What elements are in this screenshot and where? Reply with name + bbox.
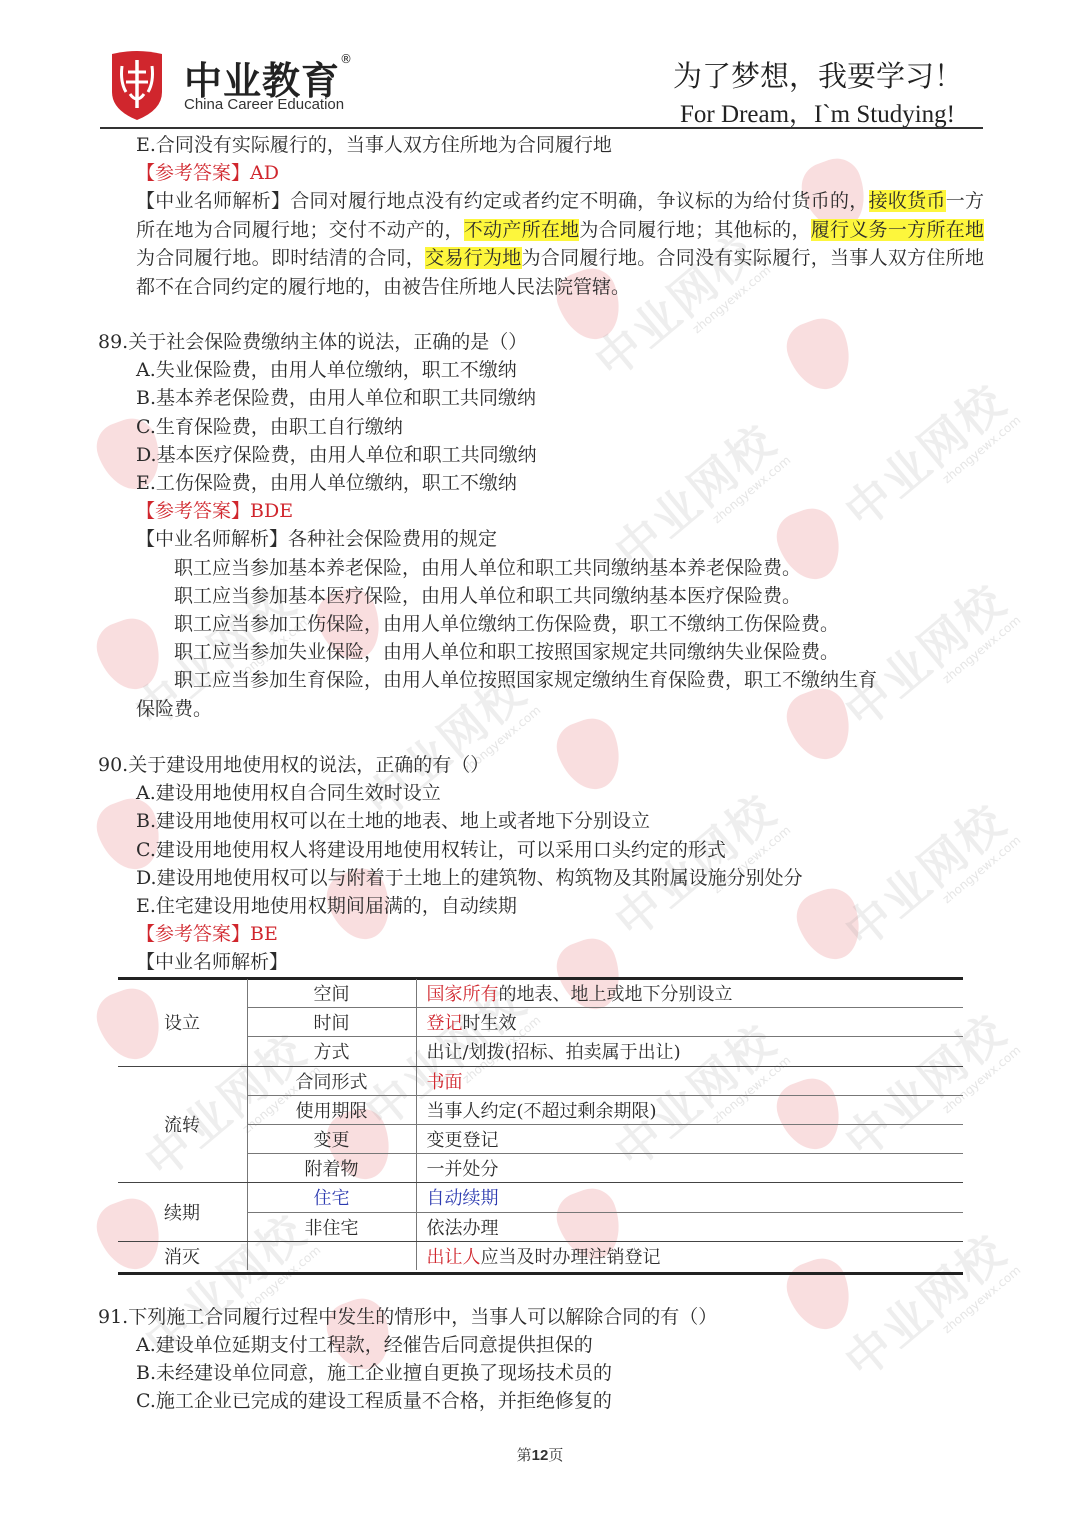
q89-option-d: D.基本医疗保险费，由用人单位和职工共同缴纳 bbox=[136, 441, 537, 469]
q91-option-c: C.施工企业已完成的建设工程质量不合格，并拒绝修复的 bbox=[136, 1387, 612, 1415]
q89-analysis-line: 职工应当参加基本医疗保险，由用人单位和职工共同缴纳基本医疗保险费。 bbox=[174, 582, 801, 610]
q89-answer: 【参考答案】BDE bbox=[136, 497, 293, 525]
q90-option-e: E.住宅建设用地使用权期间届满的，自动续期 bbox=[136, 892, 517, 920]
table-desc-cell: 出让人应当及时办理注销登记 bbox=[416, 1241, 963, 1270]
table-group-cell: 消灭 bbox=[118, 1241, 247, 1270]
table-row: 消灭 出让人应当及时办理注销登记 bbox=[118, 1241, 963, 1270]
q90-answer: 【参考答案】BE bbox=[136, 920, 278, 948]
watermark-logo-icon bbox=[790, 882, 870, 968]
table-item-cell: 变更 bbox=[247, 1124, 416, 1153]
slogan-en: For Dream，I`m Studying! bbox=[680, 94, 955, 130]
q89-option-e: E.工伤保险费，由用人单位缴纳，职工不缴纳 bbox=[136, 469, 517, 497]
page-number: 第12页 bbox=[0, 1444, 1080, 1465]
watermark-logo-icon bbox=[550, 712, 630, 798]
q90-option-c: C.建设用地使用权人将建设用地使用权转让，可以采用口头约定的形式 bbox=[136, 836, 726, 864]
table-bottom-rule bbox=[118, 1272, 963, 1275]
watermark-text: 中业网校zhongyewx.com bbox=[829, 567, 1024, 747]
q89-analysis-line: 职工应当参加生育保险，由用人单位按照国家规定缴纳生育保险费，职工不缴纳生育 bbox=[174, 666, 877, 694]
q89-analysis-title: 【中业名师解析】各种社会保险费用的规定 bbox=[136, 525, 497, 553]
brand-shield-logo-icon bbox=[108, 48, 166, 122]
table-desc-cell: 变更登记 bbox=[416, 1124, 963, 1153]
table-desc-cell: 一并处分 bbox=[416, 1154, 963, 1183]
q89-option-c: C.生育保险费，由职工自行缴纳 bbox=[136, 413, 403, 441]
table-desc-cell: 依法办理 bbox=[416, 1212, 963, 1241]
land-use-right-table: 设立 空间 国家所有的地表、地上或地下分别设立 时间 登记时生效 方式 出让/划… bbox=[118, 979, 963, 1270]
q90-analysis-title: 【中业名师解析】 bbox=[136, 948, 288, 976]
watermark-logo-icon bbox=[90, 612, 170, 698]
table-item-cell: 合同形式 bbox=[247, 1066, 416, 1095]
table-group-cell: 续期 bbox=[118, 1183, 247, 1241]
q89-stem: 89.关于社会保险费缴纳主体的说法，正确的是（） bbox=[98, 328, 527, 356]
q88-answer: 【参考答案】AD bbox=[136, 159, 279, 187]
table-item-cell: 时间 bbox=[247, 1008, 416, 1037]
table-item-cell bbox=[247, 1241, 416, 1270]
q89-option-b: B.基本养老保险费，由用人单位和职工共同缴纳 bbox=[136, 384, 536, 412]
page-header: 中业教育® China Career Education 为了梦想，我要学习！ … bbox=[100, 40, 985, 128]
table-desc-cell: 登记时生效 bbox=[416, 1008, 963, 1037]
q89-analysis-line: 保险费。 bbox=[136, 695, 212, 723]
q91-stem: 91.下列施工合同履行过程中发生的情形中，当事人可以解除合同的有（） bbox=[98, 1303, 717, 1331]
table-group-cell: 设立 bbox=[118, 979, 247, 1066]
watermark-text: 中业网校zhongyewx.com bbox=[829, 787, 1024, 967]
q88-analysis: 【中业名师解析】合同对履行地点没有约定或者约定不明确，争议标的为给付货币的，接收… bbox=[136, 187, 984, 301]
header-divider bbox=[100, 127, 983, 129]
table-desc-cell: 当事人约定(不超过剩余期限) bbox=[416, 1095, 963, 1124]
table-desc-cell: 自动续期 bbox=[416, 1183, 963, 1212]
watermark-logo-icon bbox=[780, 682, 860, 768]
q89-analysis-line: 职工应当参加基本养老保险，由用人单位和职工共同缴纳基本养老保险费。 bbox=[174, 554, 801, 582]
q90-stem: 90.关于建设用地使用权的说法，正确的有（） bbox=[98, 751, 489, 779]
q90-option-b: B.建设用地使用权可以在土地的地表、地上或者地下分别设立 bbox=[136, 807, 650, 835]
watermark-text: 中业网校zhongyewx.com bbox=[829, 367, 1024, 547]
q89-analysis-line: 职工应当参加失业保险，由用人单位和职工按照国家规定共同缴纳失业保险费。 bbox=[174, 638, 839, 666]
table-item-cell: 非住宅 bbox=[247, 1212, 416, 1241]
slogan-cn: 为了梦想，我要学习！ bbox=[673, 54, 963, 95]
table-item-cell: 住宅 bbox=[247, 1183, 416, 1212]
q88-option-e: E.合同没有实际履行的，当事人双方住所地为合同履行地 bbox=[136, 131, 612, 159]
q91-option-a: A.建设单位延期支付工程款，经催告后同意提供担保的 bbox=[136, 1331, 593, 1359]
watermark-logo-icon bbox=[780, 312, 860, 398]
table-group-cell: 流转 bbox=[118, 1066, 247, 1183]
table-row: 流转 合同形式 书面 bbox=[118, 1066, 963, 1095]
table-desc-cell: 书面 bbox=[416, 1066, 963, 1095]
q90-option-a: A.建设用地使用权自合同生效时设立 bbox=[136, 779, 441, 807]
brand-name-en: China Career Education bbox=[184, 96, 344, 113]
table-row: 续期 住宅 自动续期 bbox=[118, 1183, 963, 1212]
table-desc-cell: 出让/划拨(招标、拍卖属于出让) bbox=[416, 1037, 963, 1066]
q91-option-b: B.未经建设单位同意，施工企业擅自更换了现场技术员的 bbox=[136, 1359, 612, 1387]
table-item-cell: 方式 bbox=[247, 1037, 416, 1066]
q89-analysis-line: 职工应当参加工伤保险，由用人单位缴纳工伤保险费，职工不缴纳工伤保险费。 bbox=[174, 610, 839, 638]
table-desc-cell: 国家所有的地表、地上或地下分别设立 bbox=[416, 979, 963, 1008]
table-row: 设立 空间 国家所有的地表、地上或地下分别设立 bbox=[118, 979, 963, 1008]
q90-option-d: D.建设用地使用权可以与附着于土地上的建筑物、构筑物及其附属设施分别处分 bbox=[136, 864, 803, 892]
q89-option-a: A.失业保险费，由用人单位缴纳，职工不缴纳 bbox=[136, 356, 517, 384]
table-item-cell: 空间 bbox=[247, 979, 416, 1008]
table-item-cell: 附着物 bbox=[247, 1154, 416, 1183]
table-item-cell: 使用期限 bbox=[247, 1095, 416, 1124]
